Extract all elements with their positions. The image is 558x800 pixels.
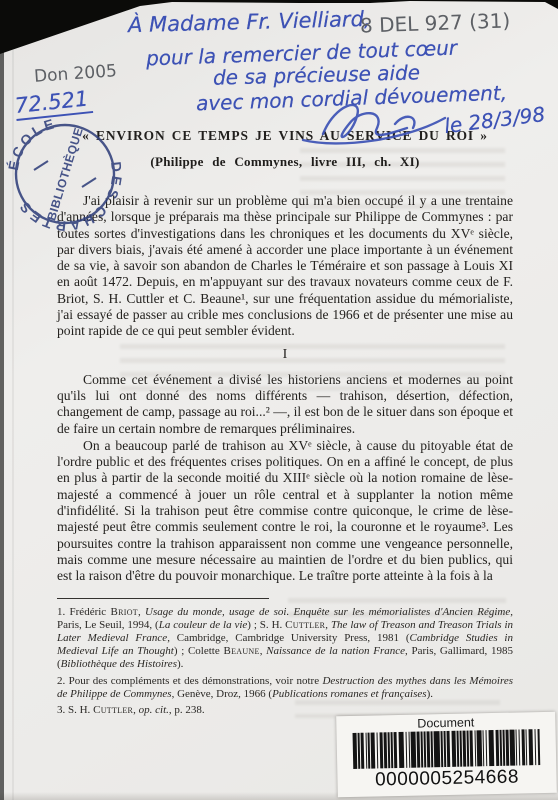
intro-paragraph: J'ai plaisir à revenir sur un problème q…: [57, 193, 513, 340]
pencil-shelfmark: 8 DEL 927 (31): [360, 8, 511, 37]
barcode-bars: [343, 729, 551, 769]
footnote: 1. Frédéric Briot, Usage du monde, usage…: [57, 606, 513, 672]
barcode-label: Document 0000005254668: [336, 712, 557, 798]
dedication-line-1: À Madame Fr. Vielliard,: [128, 7, 371, 37]
signature: [285, 94, 465, 150]
stamp-dash: [34, 161, 48, 170]
stamp-center-text: BIBLIOTHÈQUE: [43, 125, 86, 222]
article-subtitle: (Philippe de Commynes, livre III, ch. XI…: [57, 154, 513, 170]
section-number: I: [57, 347, 513, 363]
footnote-separator: [57, 598, 269, 599]
accession-note: Don 2005: [33, 61, 117, 87]
footnotes: 1. Frédéric Briot, Usage du monde, usage…: [57, 606, 513, 718]
barcode-number: 0000005254668: [343, 766, 550, 792]
library-stamp: ÉCOLE DES CHARTES BIBLIOTHÈQUE: [6, 114, 124, 234]
stamp-dash: [82, 178, 96, 187]
stamp-arc-top-text: ÉCOLE: [6, 115, 58, 172]
article-column: « ENVIRON CE TEMPS JE VINS AU SERVICE DU…: [57, 128, 513, 720]
footnote: 2. Pour des compléments et des démonstra…: [57, 675, 513, 701]
scan-edge-left: [0, 40, 4, 800]
body-paragraph: On a beaucoup parlé de trahison au XVᵉ s…: [57, 438, 513, 585]
scanned-document-page: « ENVIRON CE TEMPS JE VINS AU SERVICE DU…: [0, 0, 558, 800]
body-paragraph: Comme cet événement a divisé les histori…: [57, 372, 513, 437]
